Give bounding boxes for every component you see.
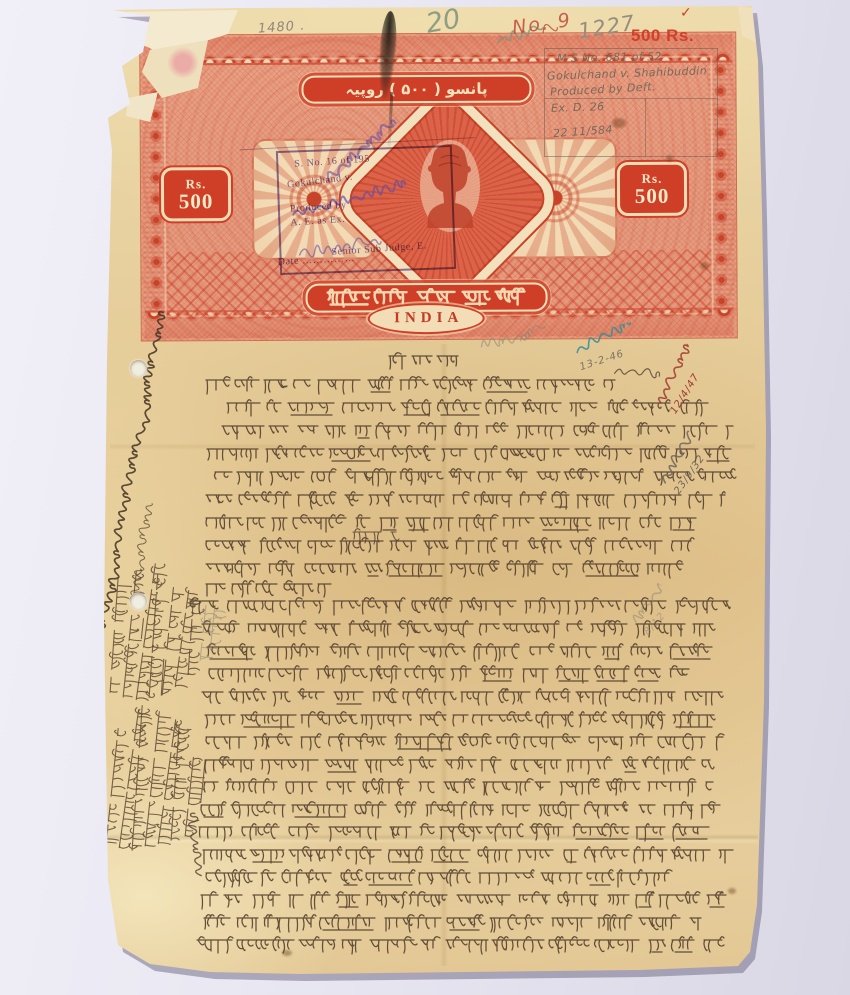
- compared-mark: 23/9/32: [653, 429, 714, 496]
- margin-note: [158, 578, 184, 697]
- manuscript-line: [200, 891, 728, 911]
- margin-flourish: [190, 825, 210, 878]
- rs-value: 500: [635, 185, 670, 206]
- rs-label: Rs.: [186, 177, 207, 190]
- manuscript-heading: [388, 352, 460, 368]
- manuscript-line: [200, 801, 722, 821]
- margin-pencil-note: [196, 603, 214, 662]
- case-reference-note-box: M S No. 681 of 52 Gokulchand v. Shahibud…: [544, 48, 718, 157]
- compared-mark: 8/12: [625, 581, 681, 638]
- stamp-line: Senior Sub Judge, E.: [331, 240, 427, 258]
- red-tick-mark: ✓: [680, 5, 692, 21]
- fold-crease: [440, 344, 448, 966]
- stamp-line: Produced by: [290, 200, 348, 215]
- manuscript-line: [205, 491, 727, 511]
- manuscript-line: [203, 914, 703, 934]
- margin-note: [184, 599, 203, 676]
- manuscript-line: [205, 580, 333, 600]
- case-note-line: Produced by Deft.: [550, 80, 656, 99]
- manuscript-line: [208, 665, 700, 685]
- rs-500-panel-right: Rs. 500: [617, 162, 687, 216]
- corner-fold: [738, 6, 764, 44]
- ruled-line: [645, 98, 646, 156]
- margin-note: [145, 572, 168, 699]
- rs-value: 500: [179, 191, 214, 212]
- foxing-spot: [700, 262, 709, 269]
- manuscript-line: [205, 514, 705, 534]
- margin-note: [119, 560, 147, 699]
- foxing-spot: [282, 950, 292, 956]
- manuscript-line: [205, 537, 693, 557]
- manuscript-line: [221, 422, 735, 442]
- rs-500-panel-left: Rs. 500: [161, 167, 231, 221]
- fold-crease: [106, 834, 758, 844]
- manuscript-insert-word: [352, 528, 398, 542]
- manuscript-line: [206, 643, 714, 663]
- manuscript-line: [204, 756, 712, 776]
- compared-mark: 12/4/47: [649, 342, 713, 416]
- margin-note: [102, 726, 128, 845]
- manuscript-line: [203, 778, 715, 798]
- margin-note: [181, 743, 205, 838]
- printed-denomination-top-right: 500 Rs.: [631, 26, 694, 46]
- stamp-paper-page: پانسو ( ۵۰۰ ) روپیہ Rs. 500 Rs. 500 INDI…: [0, 0, 850, 995]
- margin-pencil-note: [206, 605, 223, 652]
- margin-note: [115, 707, 149, 850]
- margin-note: [141, 709, 169, 848]
- margin-note: [171, 588, 199, 689]
- ruled-line: [545, 98, 717, 99]
- margin-note: [132, 561, 165, 702]
- margin-note: [128, 703, 152, 852]
- cursive-flourish: [612, 360, 654, 383]
- case-note-line: M S No. 681 of 52: [557, 50, 662, 65]
- manuscript-line: [205, 733, 725, 753]
- punch-hole: [130, 360, 147, 377]
- manuscript-line: [205, 376, 617, 396]
- manuscript-line: [226, 399, 712, 419]
- margin-note: [167, 723, 189, 842]
- signature-left-note: [125, 509, 167, 602]
- urdu-denomination-cartouche: پانسو ( ۵۰۰ ) روپیہ: [301, 75, 531, 104]
- scanned-document: پانسو ( ۵۰۰ ) روپیہ Rs. 500 Rs. 500 INDI…: [0, 0, 850, 995]
- manuscript-line: [202, 846, 735, 866]
- punch-hole: [130, 593, 147, 610]
- case-note-line: 22 11/584: [553, 123, 614, 140]
- fold-crease: [110, 443, 755, 450]
- manuscript-line: [204, 711, 716, 731]
- court-exhibit-stamp: S. No. 16 of 195 Gokulchand v. Produced …: [276, 145, 456, 275]
- green-number-20: 20: [424, 3, 463, 39]
- stamp-line: S. No. 16 of 195: [294, 154, 370, 170]
- manuscript-line: [196, 936, 724, 956]
- stamp-line: Gokulchand v.: [287, 172, 354, 191]
- foxing-spot: [728, 888, 736, 894]
- case-note-line: Ex. D. 26: [551, 100, 605, 115]
- margin-note: [106, 575, 128, 694]
- manuscript-line: [201, 688, 733, 708]
- margin-note: [154, 715, 186, 846]
- rs-label: Rs.: [642, 171, 663, 184]
- case-note-line: Gokulchand v. Shahibuddin: [547, 64, 707, 83]
- stamp-line: A. E. as Ex.: [290, 214, 346, 229]
